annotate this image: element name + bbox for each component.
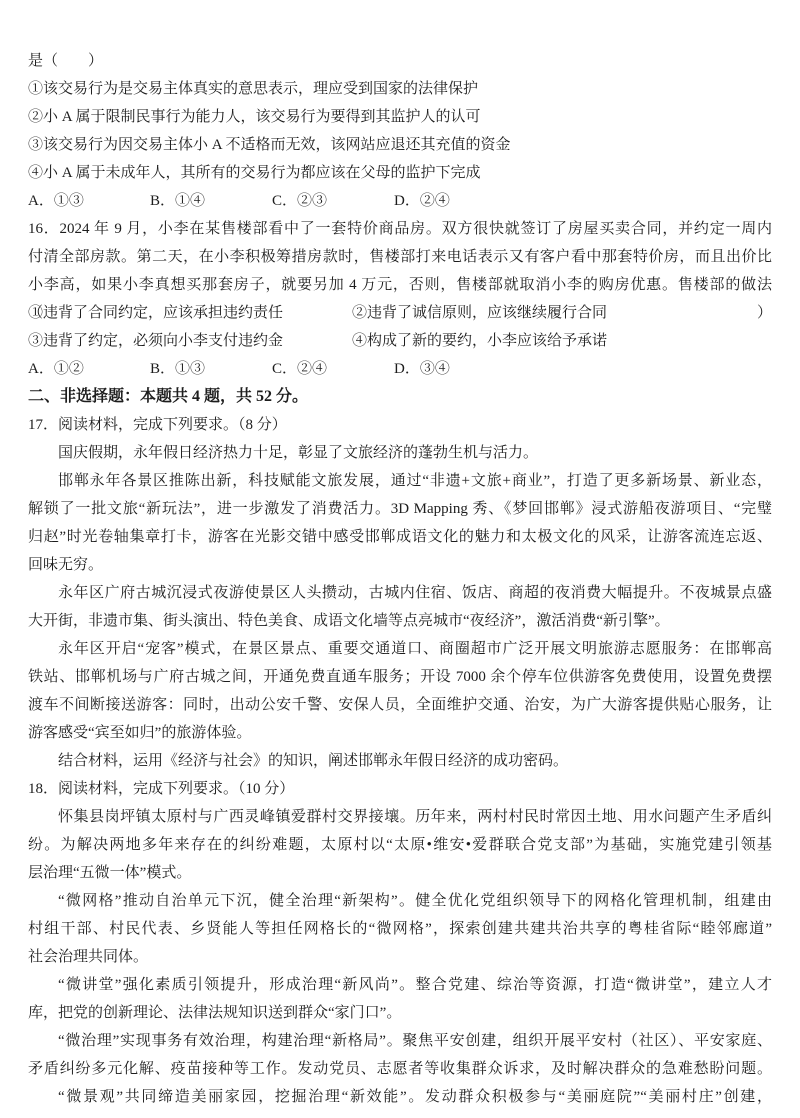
- q17-line-2: 邯郸永年各景区推陈出新，科技赋能文旅发展，通过“非遗+文旅+商业”，打造了更多新…: [28, 467, 772, 495]
- q15-option-a: A．①③: [28, 187, 150, 215]
- q18-heading: 18．阅读材料，完成下列要求。（10 分）: [28, 775, 772, 803]
- q16-item-1: ①违背了合同约定，应该承担违约责任: [28, 299, 352, 327]
- q18-line-4: “微网格”推动自治单元下沉，健全治理“新架构”。健全优化党组织领导下的网格化管理…: [28, 887, 772, 915]
- q15-options-row: A．①③B．①④C．②③D．②④: [28, 187, 772, 215]
- q18-line-10: 矛盾纠纷多元化解、疫苗接种等工作。发动党员、志愿者等收集群众诉求，及时解决群众的…: [28, 1055, 772, 1083]
- q17-heading: 17．阅读材料，完成下列要求。（8 分）: [28, 411, 772, 439]
- q18-line-3: 层治理“五微一体”模式。: [28, 859, 772, 887]
- q16-body-line-3: 小李高，如果小李真想买那套房子，就要另加 4 万元，否则，售楼部就取消小李的购房…: [28, 271, 772, 299]
- q18-line-1: 怀集县岗坪镇太原村与广西灵峰镇爱群村交界接壤。历年来，两村村民时常因土地、用水问…: [28, 803, 772, 831]
- q18-line-2: 纷。为解决两地多年来存在的纠纷难题，太原村以“太原•维安•爱群联合党支部”为基础…: [28, 831, 772, 859]
- q16-body-line-1: 16．2024 年 9 月，小李在某售楼部看中了一套特价商品房。双方很快就签订了…: [28, 215, 772, 243]
- q16-option-c: C．②④: [272, 355, 394, 383]
- q17-line-1: 国庆假期，永年假日经济热力十足，彰显了文旅经济的蓬勃生机与活力。: [28, 439, 772, 467]
- q15-item-3: ③该交易行为因交易主体小 A 不适格而无效，该网站应退还其充值的资金: [28, 131, 772, 159]
- q15-stem-tail: 是（ ）: [28, 47, 772, 75]
- q15-item-1: ①该交易行为是交易主体真实的意思表示，理应受到国家的法律保护: [28, 75, 772, 103]
- q17-line-7: 大开街，非遗市集、街头演出、特色美食、成语文化墙等点亮城市“夜经济”，激活消费“…: [28, 607, 772, 635]
- q15-option-c: C．②③: [272, 187, 394, 215]
- q16-item-2: ②违背了诚信原则，应该继续履行合同: [352, 305, 607, 321]
- q15-item-2: ②小 A 属于限制民事行为能力人，该交易行为要得到其监护人的认可: [28, 103, 772, 131]
- q18-line-8: 库，把党的创新理论、法律法规知识送到群众“家门口”。: [28, 999, 772, 1027]
- q18-line-5: 村组干部、村民代表、乡贤能人等担任网格长的“微网格”，探索创建共建共治共享的粤桂…: [28, 915, 772, 943]
- q15-option-d: D．②④: [394, 187, 450, 215]
- q18-line-9: “微治理”实现事务有效治理，构建治理“新格局”。聚焦平安创建，组织开展平安村（社…: [28, 1027, 772, 1055]
- q16-items-row-2: ③违背了约定，必须向小李支付违约金④构成了新的要约，小李应该给予承诺: [28, 327, 772, 355]
- q17-line-5: 回味无穷。: [28, 551, 772, 579]
- q17-line-11: 游客感受“宾至如归”的旅游体验。: [28, 719, 772, 747]
- q17-line-8: 永年区开启“宠客”模式，在景区景点、重要交通道口、商圈超市广泛开展文明旅游志愿服…: [28, 635, 772, 663]
- q18-line-11: “微景观”共同缔造美丽家园，挖掘治理“新效能”。发动群众积极参与“美丽庭院”“美…: [28, 1083, 772, 1111]
- section2-heading: 二、非选择题：本题共 4 题，共 52 分。: [28, 383, 772, 411]
- q16-option-b: B．①③: [150, 355, 272, 383]
- q16-options-row: A．①②B．①③C．②④D．③④: [28, 355, 772, 383]
- q15-item-4: ④小 A 属于未成年人，其所有的交易行为都应该在父母的监护下完成: [28, 159, 772, 187]
- q16-item-3: ③违背了约定，必须向小李支付违约金: [28, 327, 352, 355]
- q16-item-4: ④构成了新的要约，小李应该给予承诺: [352, 333, 607, 349]
- q17-line-4: 归赵”时光卷轴集章打卡，游客在光影交错中感受邯郸成语文化的魅力和太极文化的风采，…: [28, 523, 772, 551]
- q17-line-3: 解锁了一批文旅“新玩法”，进一步激发了消费活力。3D Mapping 秀、《梦回…: [28, 495, 772, 523]
- q15-option-b: B．①④: [150, 187, 272, 215]
- q17-line-9: 铁站、邯郸机场与广府古城之间，开通免费直通车服务；开设 7000 余个停车位供游…: [28, 663, 772, 691]
- q17-line-10: 渡车不间断接送游客：同时，出动公安千警、安保人员，全面维护交通、治安，为广大游客…: [28, 691, 772, 719]
- q16-option-a: A．①②: [28, 355, 150, 383]
- q18-line-7: “微讲堂”强化素质引领提升，形成治理“新风尚”。整合党建、综治等资源，打造“微讲…: [28, 971, 772, 999]
- q16-option-d: D．③④: [394, 355, 450, 383]
- q16-body-line-2: 付清全部房款。第二天，在小李积极筹措房款时，售楼部打来电话表示又有客户看中那套特…: [28, 243, 772, 271]
- q18-line-6: 社会治理共同体。: [28, 943, 772, 971]
- q17-line-12: 结合材料，运用《经济与社会》的知识，阐述邯郸永年假日经济的成功密码。: [28, 747, 772, 775]
- q17-line-6: 永年区广府古城沉浸式夜游使景区人头攒动，古城内住宿、饭店、商超的夜消费大幅提升。…: [28, 579, 772, 607]
- exam-page: 是（ ） ①该交易行为是交易主体真实的意思表示，理应受到国家的法律保护 ②小 A…: [0, 0, 800, 1111]
